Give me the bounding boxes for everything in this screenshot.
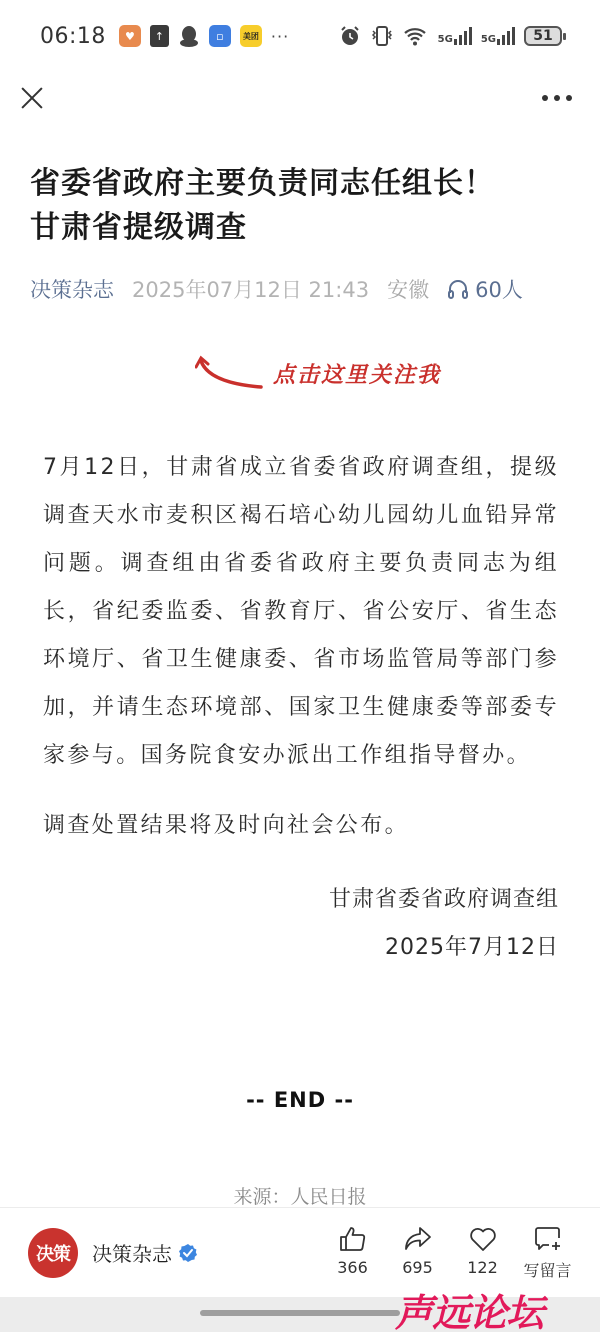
follow-text: 点击这里关注我	[273, 358, 441, 389]
publish-datetime: 2025年07月12日 21:43	[132, 274, 369, 304]
cellular-signal-2: 5G	[481, 27, 515, 45]
write-comment-button[interactable]: 写留言	[515, 1224, 580, 1281]
author-name[interactable]: 决策杂志	[92, 1238, 172, 1267]
signature: 甘肃省委省政府调查组	[43, 876, 559, 924]
top-nav	[0, 72, 600, 124]
signature-block: 甘肃省委省政府调查组 2025年7月12日	[43, 876, 559, 972]
verified-badge-icon	[178, 1243, 198, 1263]
status-left: 06:18 ♥ ↑ ▫ 美团 ···	[40, 24, 289, 49]
article-title: 省委省政府主要负责同志任组长！ 甘肃省提级调查	[30, 162, 570, 250]
favorite-button[interactable]: 122	[450, 1224, 515, 1281]
article-body: 7月12日，甘肃省成立省委省政府调查组，提级调查天水市麦积区褐石培心幼儿园幼儿血…	[43, 444, 559, 972]
watermark: 声远论坛	[395, 1282, 543, 1332]
article-meta: 决策杂志 2025年07月12日 21:43 安徽 60人	[30, 274, 590, 304]
title-line-1: 省委省政府主要负责同志任组长！	[30, 166, 495, 201]
meituan-icon: 美团	[240, 25, 262, 47]
status-bar: 06:18 ♥ ↑ ▫ 美团 ··· 5G 5G 51	[0, 0, 600, 72]
listener-count: 60人	[475, 274, 523, 304]
avatar[interactable]: 决策	[28, 1228, 78, 1278]
share-count: 695	[402, 1258, 433, 1277]
paragraph: 7月12日，甘肃省成立省委省政府调查组，提级调查天水市麦积区褐石培心幼儿园幼儿血…	[43, 444, 559, 780]
dot	[566, 95, 572, 101]
article-actions: 366 695 122 写留言	[320, 1224, 580, 1281]
clock: 06:18	[40, 24, 106, 49]
share-icon	[403, 1224, 433, 1254]
dot	[554, 95, 560, 101]
like-button[interactable]: 366	[320, 1224, 385, 1281]
like-count: 366	[337, 1258, 368, 1277]
dot	[542, 95, 548, 101]
share-button[interactable]: 695	[385, 1224, 450, 1281]
vibrate-icon	[370, 25, 394, 47]
more-options-button[interactable]	[542, 95, 572, 101]
health-icon: ♥	[119, 25, 141, 47]
status-right: 5G 5G 51	[339, 25, 562, 47]
write-comment-label: 写留言	[523, 1258, 571, 1281]
headphones-icon	[447, 278, 469, 300]
curved-arrow-icon	[195, 353, 267, 393]
heart-icon	[468, 1224, 498, 1254]
comment-add-icon	[533, 1224, 563, 1254]
follow-banner[interactable]: 点击这里关注我	[195, 348, 485, 398]
signature-date: 2025年7月12日	[43, 924, 559, 972]
title-line-2: 甘肃省提级调查	[30, 210, 247, 245]
paragraph: 调查处置结果将及时向社会公布。	[43, 802, 559, 850]
thumbs-up-icon	[338, 1224, 368, 1254]
author-link[interactable]: 决策杂志	[30, 274, 114, 304]
close-button[interactable]	[18, 84, 46, 112]
home-indicator[interactable]	[200, 1310, 400, 1316]
more-notifications-icon: ···	[271, 27, 289, 46]
ip-location: 安徽	[387, 274, 429, 304]
notes-icon: ▫	[209, 25, 231, 47]
source-line: 来源：人民日报	[0, 1182, 600, 1209]
favorite-count: 122	[467, 1258, 498, 1277]
cellular-signal-1: 5G	[438, 27, 472, 45]
battery-icon: 51	[524, 26, 562, 46]
upload-icon: ↑	[150, 25, 169, 47]
end-mark: -- END --	[0, 1088, 600, 1112]
listen-button[interactable]: 60人	[447, 274, 523, 304]
alarm-icon	[339, 25, 361, 47]
wifi-icon	[403, 25, 429, 47]
qq-icon	[178, 25, 200, 47]
